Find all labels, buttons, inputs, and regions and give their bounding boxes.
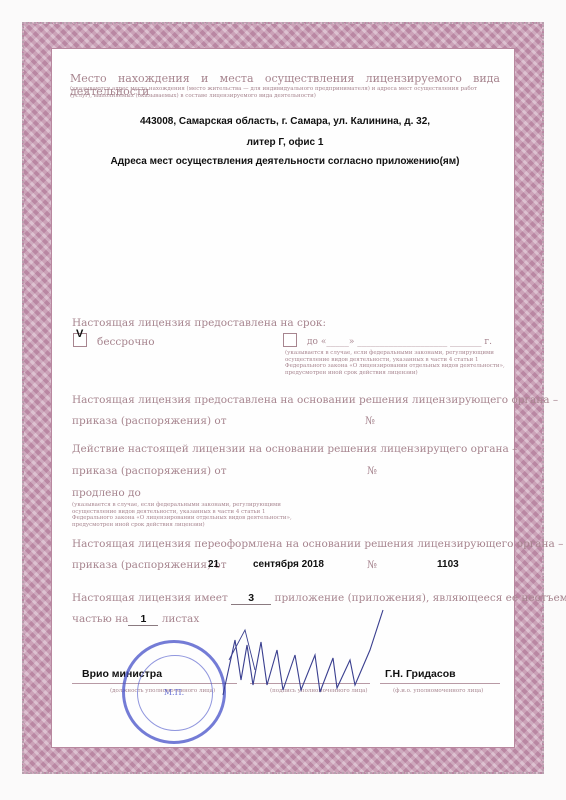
extension-line-2: приказа (распоряжения) от [72,465,227,477]
basis-line-2: приказа (распоряжения) от [72,415,227,427]
basis-number-label: № [365,415,375,427]
address-line-1: 443008, Самарская область, г. Самара, ул… [60,116,510,127]
sheets-prefix: частью на [72,613,128,625]
until-date-note: (указывается в случае, если федеральными… [285,350,507,376]
until-date-checkbox[interactable] [283,333,297,347]
extended-until-label: продлено до [72,487,141,499]
address-line-3: Адреса мест осуществления деятельности с… [60,156,510,167]
sheets-count: 1 [128,613,158,626]
location-note: (указываются адрес места нахождения (мес… [70,86,500,99]
sheets-line: частью на1 листах [72,613,199,626]
reissue-line-2: приказа (распоряжения) от [72,559,227,571]
check-mark-icon: V [76,328,83,340]
reissue-number: 1103 [437,559,459,570]
reissue-line-1: Настоящая лицензия переоформлена на осно… [72,538,563,550]
extension-line-1: Действие настоящей лицензии на основании… [72,443,517,455]
reissue-day: 21 [208,559,219,570]
reissue-month-year: сентября 2018 [253,559,324,570]
name-caption: (ф.и.о. уполномоченного лица) [393,688,483,695]
reissue-number-label: № [367,559,377,571]
sheets-suffix: листах [162,613,200,625]
handwritten-signature [205,600,405,700]
term-label: Настоящая лицензия предоставлена на срок… [72,317,326,329]
extension-number-label: № [367,465,377,477]
indefinite-checkbox[interactable]: V [73,333,87,347]
address-line-2: литер Г, офис 1 [60,137,510,148]
extension-note: (указывается в случае, если федеральными… [72,502,294,528]
indefinite-label: бессрочно [97,336,155,348]
until-date-label: до «_____» ____________________ _______ … [307,337,492,347]
basis-line-1: Настоящая лицензия предоставлена на осно… [72,394,558,406]
